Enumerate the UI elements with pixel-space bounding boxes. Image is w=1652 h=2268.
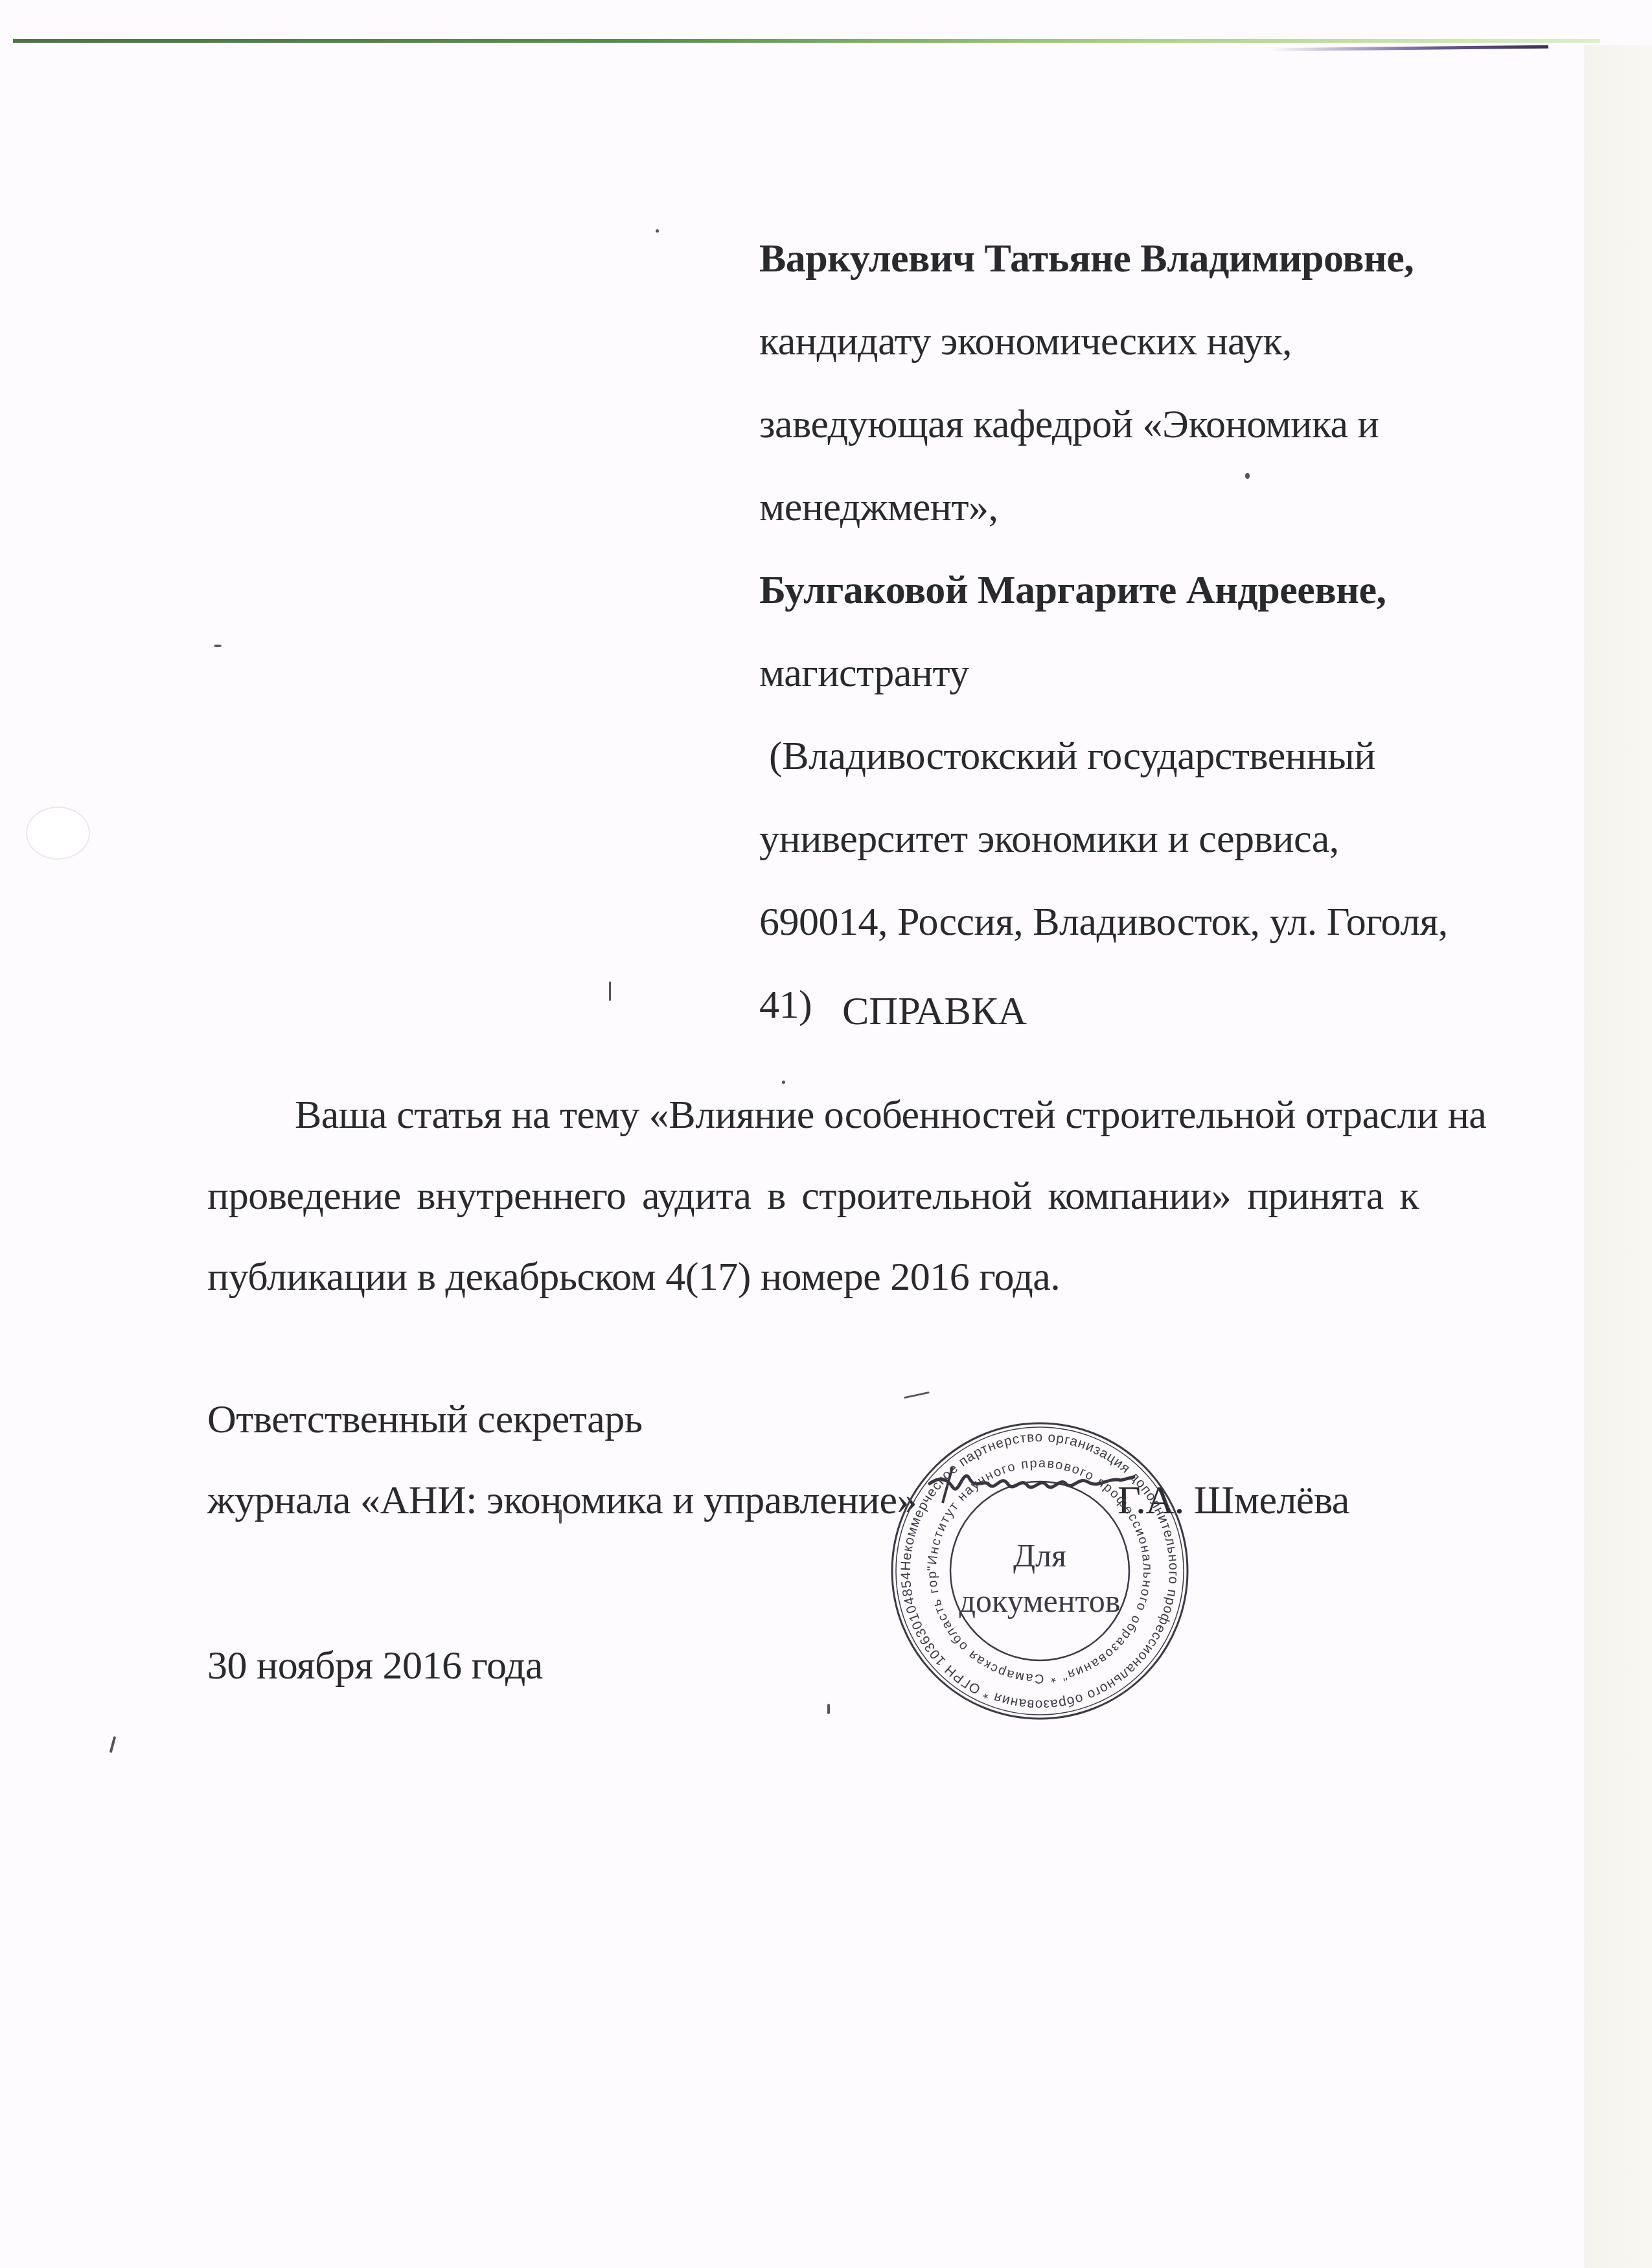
scan-speck — [782, 1081, 785, 1084]
document-title: СПРАВКА — [842, 991, 1027, 1031]
body-line-1: Ваша статья на тему «Влияние особенносте… — [295, 1095, 1419, 1135]
document-date: 30 ноября 2016 года — [207, 1645, 543, 1686]
scan-speck — [214, 645, 222, 647]
signer-position-line-1: Ответственный секретарь — [207, 1399, 642, 1439]
body-line-3: публикации в декабрьском 4(17) номере 20… — [207, 1257, 1419, 1297]
handwritten-signature-icon — [926, 1458, 1140, 1516]
scan-right-edge — [1585, 45, 1652, 2268]
scan-speck — [109, 1736, 117, 1753]
address-line: 690014, Россия, Владивосток, ул. Гоголя, — [759, 902, 1448, 942]
scan-speck — [1245, 473, 1250, 479]
stamp-center-line-1: Для — [1013, 1537, 1066, 1574]
recipient-title-2: магистранту — [759, 653, 969, 693]
body-line-2: проведение внутреннего аудита в строител… — [207, 1176, 1419, 1216]
scan-speck — [827, 1704, 830, 1714]
scan-speck — [559, 1509, 562, 1524]
recipient-name-1: Варкулевич Татьяне Владимировне, — [759, 238, 1414, 279]
recipient-position-1-cont: менеджмент», — [759, 487, 998, 527]
scan-top-edge — [13, 39, 1600, 43]
stamp-center-line-2: документов — [959, 1583, 1121, 1619]
recipient-title-1: кандидату экономических наук, — [759, 321, 1292, 361]
punch-hole-mark — [26, 807, 90, 860]
scan-artifact-line — [1270, 45, 1548, 52]
signer-position-line-2: журнала «АНИ: экономика и управление» — [207, 1480, 917, 1520]
affiliation-line-1: (Владивостокский государственный — [759, 736, 1375, 776]
affiliation-line-2: университет экономики и сервиса, — [759, 819, 1339, 859]
scan-speck — [656, 229, 659, 233]
recipient-name-2: Булгаковой Маргарите Андреевне, — [759, 570, 1386, 610]
scan-speck — [904, 1392, 930, 1399]
scan-speck — [609, 981, 611, 1001]
address-line-end: 41) — [759, 985, 812, 1025]
recipient-position-1: заведующая кафедрой «Экономика и — [759, 404, 1379, 444]
